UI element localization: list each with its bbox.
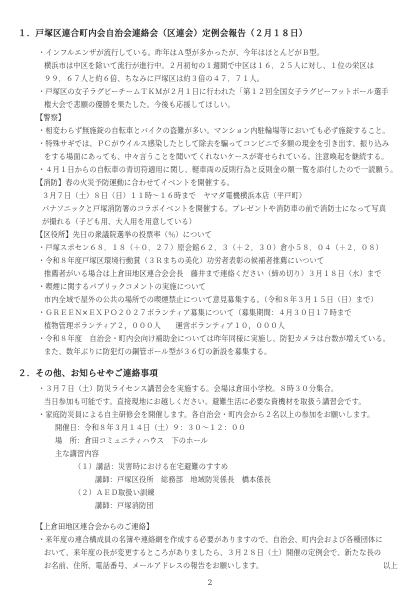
- body-line: をする場面にあっても、中々言うことを聞いてくれないケースが寄せられている。注意喚…: [44, 152, 388, 162]
- body-line: ・相変わらず無施錠の自転車とバイクの盗難が多い。マンション内駐輪場等においても必…: [38, 126, 390, 136]
- closing-text: 以上: [383, 561, 397, 571]
- body-line: ・戸塚区の女子ラグビーチームＴＫＭが２月１日に行われた「第１２回全国女子ラグビー…: [38, 87, 389, 97]
- body-line: ３月７日（土）８日（日）１１時～１６時まで ヤマダ電機横浜本店（平戸町）: [42, 191, 306, 201]
- body-line: ９９．６７人と約６倍、ちなみに戸塚区は約３倍の４７．７１人。: [44, 74, 264, 84]
- event-item-title: （２）ＡＥＤ取扱い訓練: [74, 488, 155, 498]
- body-line: ・家庭防災員による自主研修会を開催します。各自治会・町内会から２名以上の参加をお…: [38, 410, 374, 420]
- page-number: 2: [0, 578, 420, 587]
- body-line: ・インフルエンザが流行している。昨年はＡ型が多かったが、今年はほとんどがＢ型。: [38, 48, 324, 58]
- body-line: ・４月１日からの自転車の青切符適用に関し、軽車両の反則行為と反則金の額一覧を添付…: [38, 165, 398, 175]
- notice-label: 【上倉田地区連合会からのご連絡】: [36, 522, 153, 532]
- body-line: ・３月７日（土）防災ライセンス講習会を実施する。会場は倉田小学校。８時３０分集合…: [38, 384, 338, 394]
- body-line: 市内全域で屋外の公共の場所での喫煙禁止について意見募集する。（令和８年３月１５日…: [44, 295, 378, 305]
- body-line: ・喫煙に関するパブリックコメントの実施について: [38, 282, 206, 292]
- event-content-label: 主な講習内容: [55, 449, 99, 459]
- section-1-heading: １．戸塚区連合町内会自治会連絡会（区連会）定例会報告（２月１８日）: [18, 28, 308, 38]
- body-line: ・特殊サギでは、ＰＣがウイルス感染したとして除去を騙ってコンビニで多額の現金を引…: [38, 139, 389, 149]
- body-line: おいて、来年度の長が変更するところがありましたら、３月２８日（土）開催の定例会で…: [44, 548, 381, 558]
- body-line: パナソニックと戸塚消防署のコラボイベントを開催する。プレゼントや消防車の前で消防…: [42, 204, 386, 214]
- body-line: ・令和８年度 自治会・町内会向け補助金については昨年同様に実施し、防犯カメラは台…: [38, 334, 390, 344]
- body-line: ・来年度の連合構成員の名簿や連絡網を作成する必要がありますので、自治会、町内会お…: [38, 535, 383, 545]
- body-line: お名前、住所、電話番号、メールアドレスの報告をお願いします。: [44, 561, 263, 571]
- document-page: １．戸塚区連合町内会自治会連絡会（区連会）定例会報告（２月１８日） ・インフルエ…: [0, 0, 420, 594]
- event-date: 開催日：令和８年３月１４日（土）９：３０～１２：００: [55, 423, 246, 433]
- fire-label: 【消防】: [36, 178, 65, 187]
- fire-title: 春の火災予防運動に合わせてイベントを開催する。: [65, 178, 234, 187]
- ward-office-section: 【区役所】先日の衆議院選挙の投票率（％）について: [36, 230, 212, 240]
- event-place: 場 所：倉田コミュニティハウス 下のホール: [55, 436, 208, 446]
- body-line: ・戸塚スポセン６８．１８（＋０．２７）原会館６２．３（＋２．３０）倉小５８．０４…: [38, 243, 383, 253]
- event-item-title: （１）講話：災害時における在宅避難のすすめ: [74, 462, 228, 472]
- body-line: 推薦者がいる場合は上倉田地区連合会会長 藤井まで連絡ください（締め切り）３月１８…: [44, 269, 382, 279]
- body-line: ・令和８年度戸塚区環境行動賞（３Ｒまちの美化）功労者表彰の候補者推薦にいついて: [38, 256, 324, 266]
- body-line: また、数年ぶりに防犯灯の鋼管ポール型が３６灯の新設を募集する。: [44, 347, 271, 357]
- ward-office-title: 先日の衆議院選挙の投票率（％）について: [73, 230, 212, 239]
- event-item-lecturer: 講師：戸塚消防団: [95, 501, 154, 511]
- body-line: ・ＧＲＥＥＮ×ＥＸＰＯ２０２７ボランティア募集について（募集期間：４月３０日１７…: [38, 308, 352, 318]
- body-line: が撮れる（子ども用、大人用を用意している）: [42, 217, 196, 227]
- section-2-heading: ２．その他、お知らせやご連絡事項: [18, 368, 158, 378]
- body-line: 権大会で悲願の優勝を果たした。今後も応援してほしい。: [44, 100, 235, 110]
- body-line: 横浜市は中区を除いて流行が進行中。２月初旬の１週間で中区は１６．２５人に対し、１…: [44, 61, 374, 71]
- body-line: 当日参加も可能です。直接現地にお越しください。避難生活に必要な資機材を取扱う講習…: [44, 397, 366, 407]
- police-label: 【警察】: [36, 113, 65, 123]
- fire-section: 【消防】春の火災予防運動に合わせてイベントを開催する。: [36, 178, 234, 188]
- ward-office-label: 【区役所】: [36, 230, 73, 239]
- body-line: 植物管理ボランティア２，０００人 運営ボランティア１０，０００人: [44, 321, 285, 331]
- event-item-lecturer: 講師：戸塚区役所 総務部 地域防災係長 橋本係長: [95, 475, 271, 485]
